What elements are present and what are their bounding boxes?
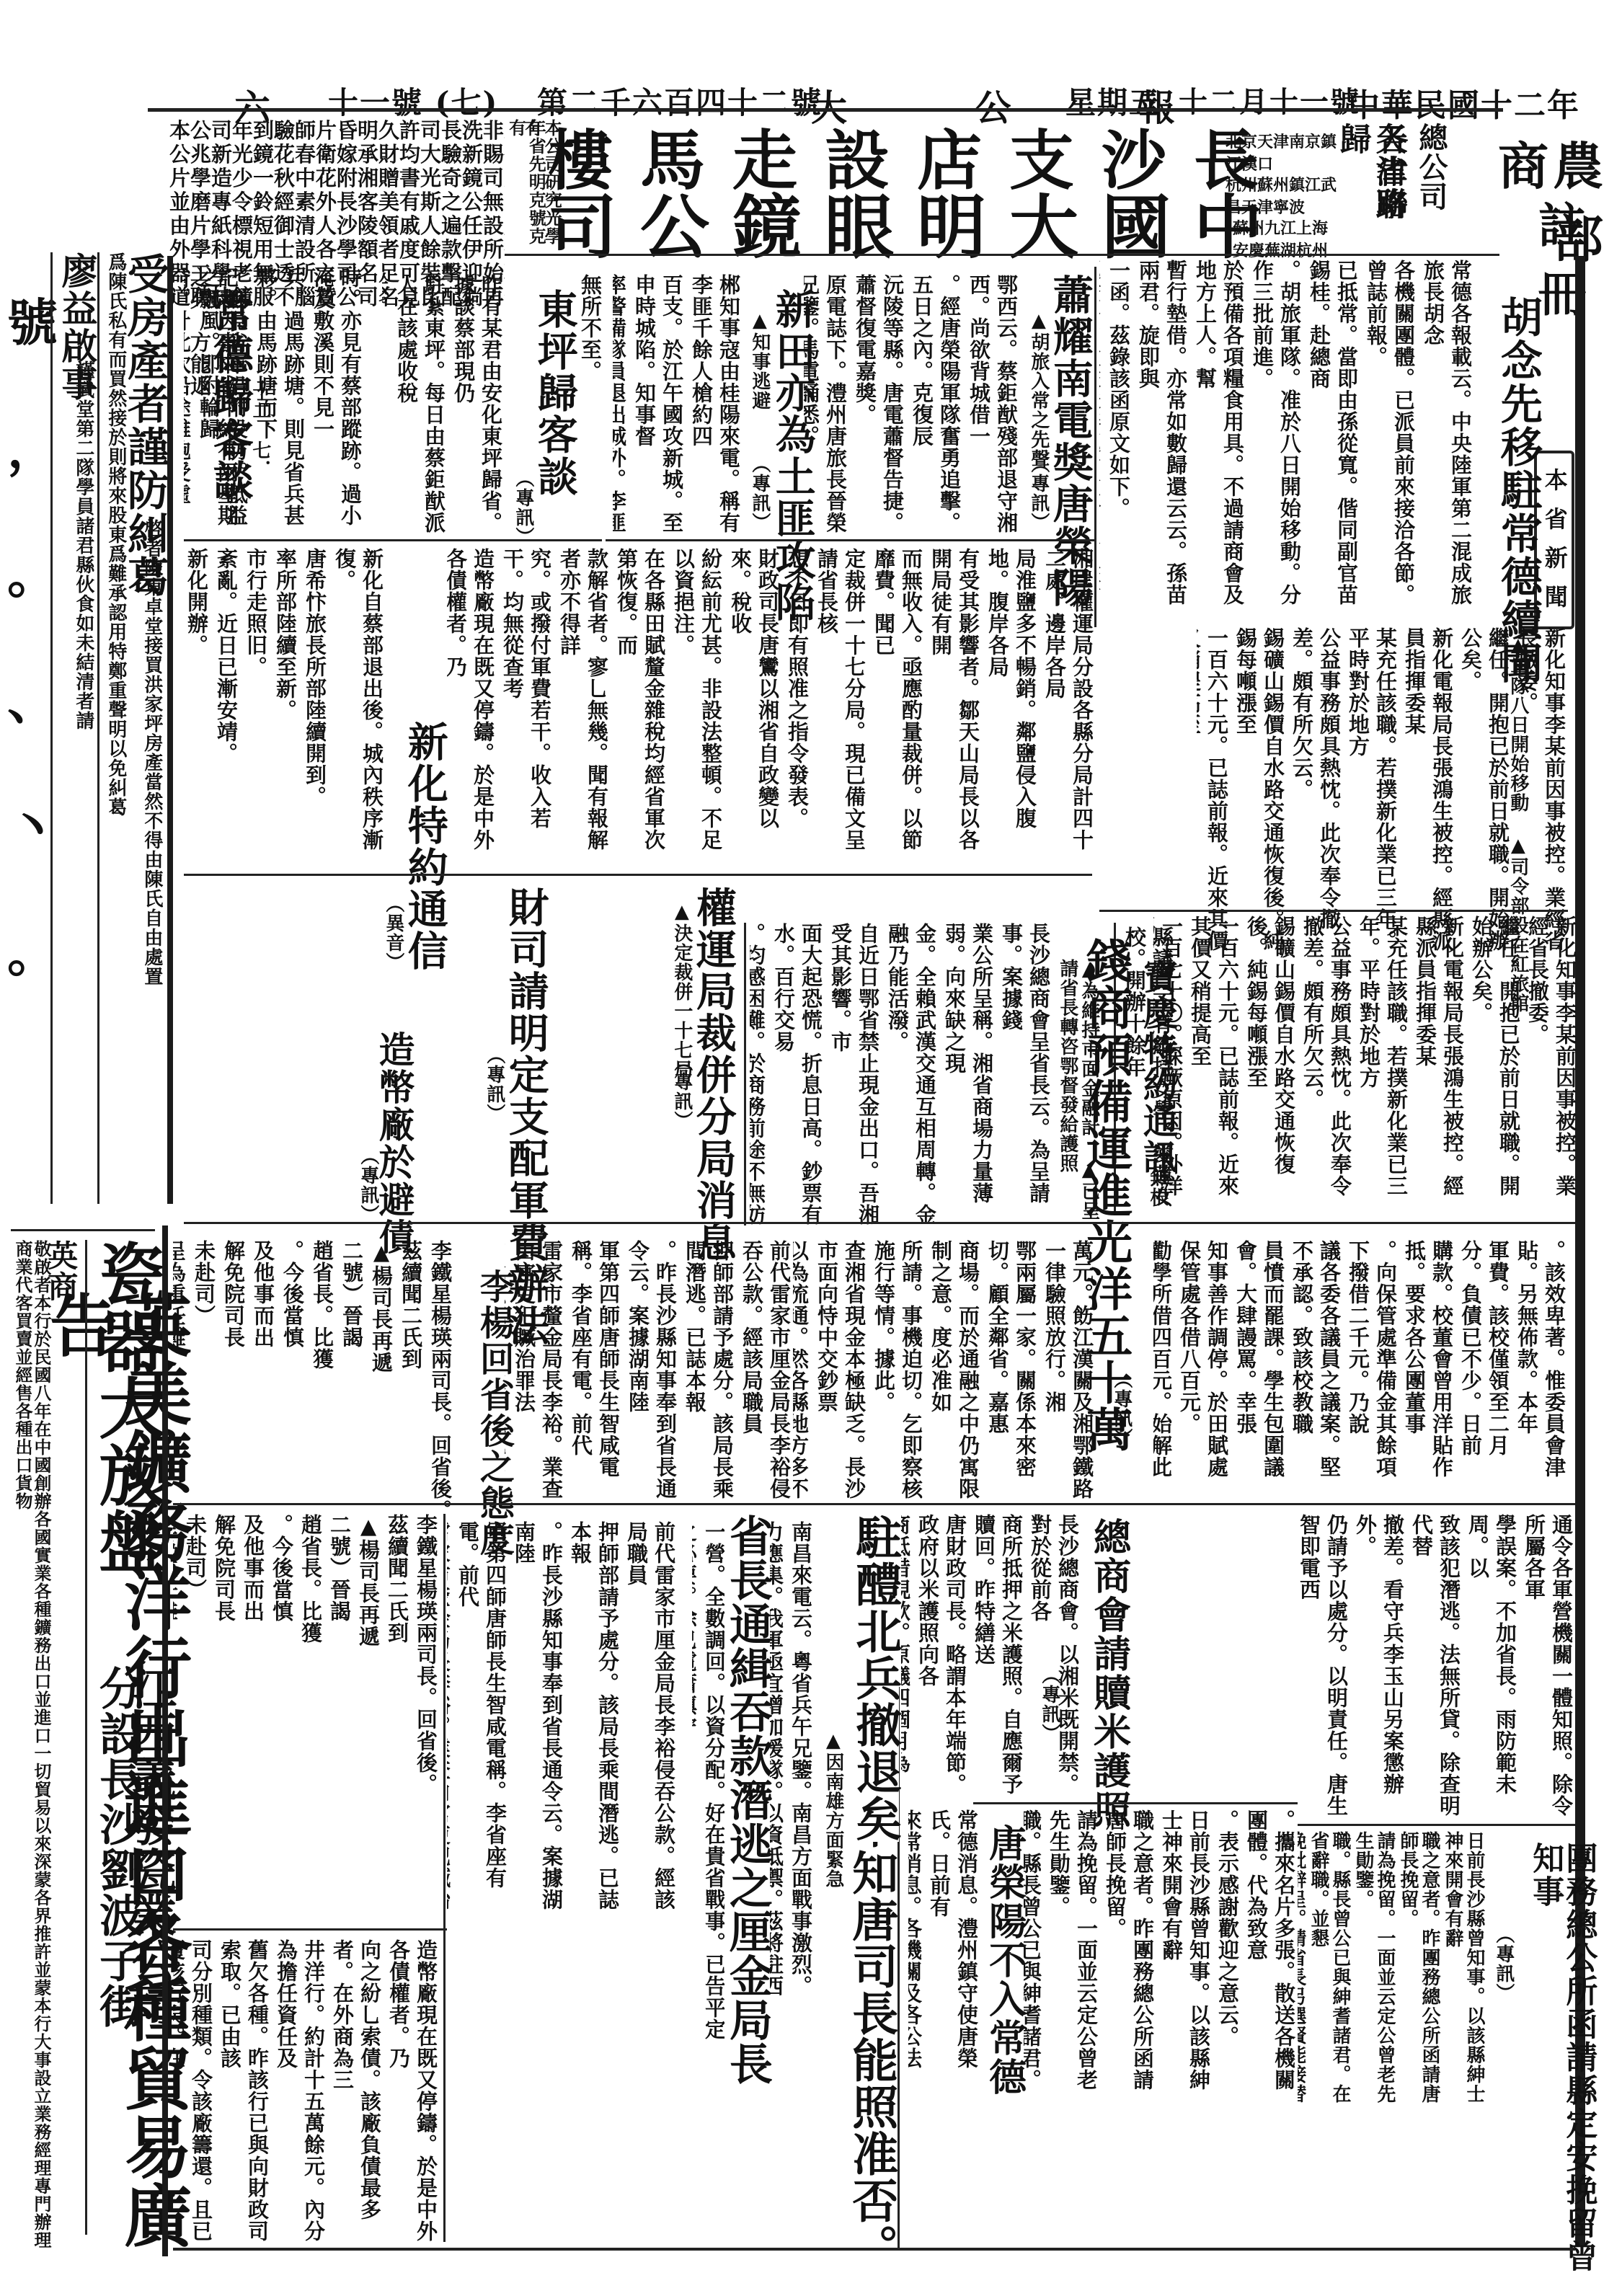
body-col: 日前長沙縣曾知事。以該縣紳士神來開會有辭 xyxy=(1158,1809,1213,2098)
body-col: 商場。而於通融之中仍寓限制之意。度必准如 xyxy=(927,1240,982,1499)
section-label: 本省新聞 xyxy=(1541,468,1568,624)
body-col: 金。全賴武漢交通互相周轉。金融乃能活潑。 xyxy=(884,923,939,1225)
body-col: 二號）晉謁 xyxy=(338,1240,365,1543)
section-rule xyxy=(184,874,1092,876)
banner-bottom-rule xyxy=(505,254,1499,256)
body-col: 司分別種類。令該廠籌還。且已覆該行矣。在 xyxy=(173,1939,215,2242)
body-col: 沅陵等縣。唐電蕭督告捷。蕭督復電嘉獎。 xyxy=(851,274,906,537)
section-rule xyxy=(1099,910,1568,912)
body-col: 云。 xyxy=(382,274,391,533)
body-col: 撤差。看守兵李玉山另案懲辦外。 xyxy=(1352,1514,1406,1817)
body-col: 商所抵押之米護照。自應爾予贖回。昨特繕送 xyxy=(970,1514,1025,1802)
tag-tuanwu: （專訊） xyxy=(1492,1925,1514,2003)
body-col: 請為挽留。一面並云定公曾老先生勛鑒。 xyxy=(1045,1809,1100,2098)
headline-zongshanghui: 總商會請贖米護照 xyxy=(1089,1517,1128,1829)
body-col: 新化知事李某前因事被控。業經省長撤委。 xyxy=(1513,627,1568,959)
body-col: 有受其影響者。鄒天山局長以各開局徒有開 xyxy=(927,548,982,865)
ad-liao-yi-text: 謹武堂第二隊學員諸君縣伙食如未結清者請 xyxy=(72,360,94,1197)
body-col: 兵。過馬跡塘。則見省兵甚夥。由馬跡塘而下 xyxy=(252,267,307,533)
headline-quanyun: 權運局裁併分局消息 xyxy=(692,887,735,1263)
body-col: 李鐵星楊瑛兩司長。回省後。 xyxy=(427,1240,454,1543)
body-col: 南昌來電云。粵省兵午兄鑒。南昌方面戰事激烈。 xyxy=(787,1521,815,2242)
body-col: 呈為重任難 xyxy=(173,1240,188,1543)
body-col: 軍第四師唐師長生智咸電稱。李省座有電。前代 xyxy=(454,1521,509,1925)
body-col: 各機關團體。已派員前來接洽各節。曾誌前報。 xyxy=(1362,260,1417,613)
section-rule xyxy=(184,1222,1575,1224)
section-rule xyxy=(173,1503,1575,1505)
section-rule xyxy=(973,1802,1298,1804)
body-col: 之必要。除已電蕭鎮守 xyxy=(692,1521,699,2242)
body-col: 唐財政司長。略謂本年端節。政府以米護照向各 xyxy=(914,1514,969,1802)
body-col: 某充任該職。若撲新化業已三年。平時對於地方 xyxy=(1344,627,1399,959)
notice-line: 外學科視用士設各學額者度餘款伊所替閣光六 xyxy=(169,238,505,262)
banner-line-2: 中國大明眼鏡公司 xyxy=(548,173,1286,272)
body-col: 員憤而罷課。學生包圍議會。大肆謾罵。幸張 xyxy=(1232,1240,1287,1485)
headline-zhuli-main: 駐醴北兵撤退矣 xyxy=(851,1514,899,1842)
body-col: 想不日即有照准之指令發表。 xyxy=(784,548,811,865)
body-col: 茲續聞二氏到 xyxy=(384,1514,411,1925)
headline-tang-rongyang: 唐榮陽不入常德 xyxy=(984,1824,1024,2096)
body-col: 。經唐榮陽軍隊奮勇追擊。五日之內。克復辰 xyxy=(908,274,963,537)
column-divider xyxy=(167,256,173,1204)
body-col: 呈為重任難 xyxy=(173,1514,180,1925)
body-col: 財政司長唐鸞以湘省自政變以來。稅收 xyxy=(727,548,781,865)
subhead-zhuli: ▲因南雄方面緊急 xyxy=(822,1730,843,1889)
body-col: 。今後當慎 xyxy=(268,1514,296,1925)
article-body-li-yang: 前代雷家市厘金局長李裕侵吞公款。經該局職員 押師部請予處分。該局長乘間潛逃。已誌… xyxy=(447,1521,678,1925)
body-col: 軍第四師唐師長生智咸電稱。李省座有電。前代 xyxy=(567,1240,622,1499)
body-col: ▲楊司長再遞 xyxy=(368,1240,395,1543)
body-col: 舊欠各種。昨該行已與向財政司索取。已由該 xyxy=(216,1939,271,2242)
body-col: 而無收入。亟應酌量裁併。以節靡費。聞已 xyxy=(870,548,925,865)
notice-line: 本公司年到驗師片昏明久許司長洗非至之豪本月酬特五併 xyxy=(169,119,505,143)
body-col: 長沙總商會。以湘米既開禁。對於從前各 xyxy=(1027,1514,1081,1802)
tag-xiao-yaonan: （專訊） xyxy=(1027,454,1049,532)
body-col: 職。縣長曾公已與紳耆諸君。在省辭職。並懇 xyxy=(1024,1809,1044,2098)
body-col: 請為挽留。一面並云定公曾老先生勛鑒。 xyxy=(1352,1831,1396,2105)
body-col: 錫礦山錫價自水路交通恢復後。純錫每噸漲至 xyxy=(1232,627,1287,959)
body-col: 萬元。飭江漢關及湘鄂鐵路一律驗照放行。湘 xyxy=(1041,1240,1096,1499)
body-col: 雷家市釐金局長李裕。業查由官吏犯贓治罪法 xyxy=(447,1521,453,1925)
article-body-li-yang-2: 李鐵星楊瑛兩司長。回省後。 茲續聞二氏到 ▲楊司長再遞 二號）晉謁 趙省長。比獲… xyxy=(173,1514,440,1925)
article-body-junfa: 通令各軍營機關一體知照。除令所屬各軍 學誤案。不加省長。雨防範未周。以 致該犯潛… xyxy=(1298,1514,1575,1817)
ad-shou-fang-text-1: 爲陳氏私有而買然接於則將來股東爲難承認用特鄭重聲明以免糾葛 xyxy=(105,252,126,1189)
reg-col: 天津路 xyxy=(1370,123,1406,220)
body-col: 押師部請予處分。該局長乘間潛逃。已誌本報 xyxy=(681,1240,736,1499)
tag-xinhua-tongxin: （異音） xyxy=(382,894,404,972)
tag-dongping: （專訊） xyxy=(512,469,533,546)
section-rule xyxy=(184,539,602,541)
article-body-dongping: 昨有某君由安化東坪歸省。據談蔡部現仍 駐紮東坪。每日由蔡鉅猷派人在該處收稅 云。 xyxy=(382,274,505,533)
body-col: 記者因事來省。約有兩星期之久。方能返 xyxy=(186,267,241,533)
notice-line: 片學造少一秋中花附湘贈書光奇鏡司照思折期朔 xyxy=(169,167,505,190)
article-body-xintian: 郴知事寇由桂陽來電。稱有李匪千餘人槍約四 百支。於江午國攻新城。至申時城陷。知事… xyxy=(613,274,743,537)
body-col: 紛紜前尤甚。非設法整頓。不足以資挹注。 xyxy=(670,548,724,865)
left-rule xyxy=(50,252,53,1204)
body-col: 商抵借現款。原議四個月為限。現在逾限已久 xyxy=(901,1514,913,1802)
body-col: 率警備隊員退出城外。李匪入城後。燒殺擄掠 xyxy=(613,274,629,537)
body-col: 購款。校董會曾用洋貼作抵。要求各公團董事 xyxy=(1401,1240,1455,1485)
body-col: 茲續聞二氏到 xyxy=(397,1240,425,1543)
masthead-page-info: 十一號 (七) xyxy=(328,79,498,123)
article-body-qianshang: 長沙總商會呈省長云。為呈請事。案據錢 業公所呈稱。湘省商場力量薄弱。向來缺之現 … xyxy=(750,923,1052,1225)
body-col: 。今後當慎 xyxy=(279,1240,306,1543)
article-body-xinhua-continued: 湘岸權運局分設各縣分局計四十二處。邊岸各局 局淮鹽多不暢銷。鄰鹽侵入腹地。腹岸各… xyxy=(447,548,1096,865)
body-col: 面大起恐慌。折息日高。鈔票有水。百行交易 xyxy=(770,923,825,1225)
article-body-xinhua-zhishi-2: 新化知事李某前因事被控。業經省長撤委。 繼任。開抱已於前日就職。開始辦公矣。 新… xyxy=(1153,916,1579,1204)
body-col: 新化電報局長張鴻生被控。經縣派員指揮委某 xyxy=(1412,916,1466,1204)
column-divider xyxy=(744,923,746,1225)
body-col: 。胡旅軍隊。准於八日開始移動。分作三批前進。 xyxy=(1249,260,1303,613)
body-col: 。昨長沙縣知事奉到省長通令云。案據湖南陸 xyxy=(624,1240,679,1499)
article-body-xinhua-tongxin: 新化自蔡部退出後。城內秩序漸復。 唐希忭旅長所部陸續開到。 率所部陸續至新。 市… xyxy=(184,548,386,879)
body-col: 湘岸權運局分設各縣分局計四十二處。邊岸各局 xyxy=(1041,548,1096,865)
article-body-shengzhang: 李鐵星楊瑛兩司長。回省後。 茲續聞二氏到 ▲楊司長再遞 二號）晉謁 趙省長。比獲… xyxy=(173,1240,454,1543)
body-col: 解免院司長 xyxy=(210,1514,238,1925)
body-col: 向之紛乚索債。該廠負債最多者。在外商為三 xyxy=(329,1939,384,2242)
body-col: 。攜來名片多張。散送各機關團體。代為致意 xyxy=(1243,1809,1298,2098)
body-col: 局淮鹽多不暢銷。鄰鹽侵入腹地。腹岸各局 xyxy=(984,548,1039,865)
subhead-xiao-yaonan: ▲胡旅入常之先聲 xyxy=(1027,310,1049,469)
ad-ciqi-title: 瓷器大放盤 xyxy=(90,1240,163,1575)
article-body-tang-rongyang-2: 。攜來名片多張。散送各機關團體。代為致意 。表示感謝歡迎之意云。 日前長沙縣曾知… xyxy=(1024,1809,1298,2098)
body-col: 已抵常。當即由孫從寬。偕同副官苗錫桂。赴總商 xyxy=(1306,260,1360,613)
article-body-li-yang-3: 造幣廠現在既又停鑄。於是中外各債權者。乃 向之紛乚索債。該廠負債最多者。在外商為… xyxy=(173,1939,440,2242)
article-body-baozheng: 。該效卑著。惟委員會津貼。另無佈款。本年 軍費。該校僅領至二月分。負債已不少。日… xyxy=(1153,1240,1568,1485)
headline-li-yang-main: 省長通緝吞款潛逃之厘金局長 xyxy=(724,1514,770,2086)
body-col: 錫礦山錫價自水路交通恢復後。純錫每噸漲至 xyxy=(1243,916,1298,1204)
tag-quanyun: （專訊） xyxy=(670,1052,692,1130)
subhead-qianshang: ▲為維持市面金融計 ▲已呈請省長轉咨鄂督發給護照 xyxy=(1056,959,1099,1225)
article-body-tang-rongyang: 常德消息。澧州鎮守使唐榮氏。日前有 來常消息。各機關及各公法團。準備歡迎。詎 迄… xyxy=(908,1809,980,2098)
notice-line: 並磨專令鈴經素外長客美有斯之公無開確之扣以還 xyxy=(169,190,505,214)
column-divider xyxy=(162,1225,168,2256)
body-col: 一百六十元。已誌前報。近來其價又稍提高至 xyxy=(1187,916,1241,1204)
tag-zaobi: （專訊） xyxy=(357,1146,378,1224)
body-col: 造幣廠現在既又停鑄。於是中外各債權者。乃 xyxy=(385,1939,440,2242)
body-col: 。向保管處準備金其餘項下撥借二千元。乃說 xyxy=(1344,1240,1399,1485)
registration-block: 北京天津南京鎮江漢口 杭州蘇州鎮江武昌天津寧波 蘇州九江上海安慶蕪湖杭州 各省聯… xyxy=(1226,115,1608,245)
body-col: 長沙總商會呈省長云。為呈請事。案據錢 xyxy=(998,923,1052,1225)
body-col: 及他事而出 xyxy=(239,1514,267,1925)
body-col: 職之意者。昨團務總公所函請唐師長挽留。 xyxy=(1397,1831,1440,2105)
body-col: 趙省長。比獲 xyxy=(297,1514,324,1925)
body-col: 公益事務頗具熱忱。此次奉令撤差。頗有所欠云。 xyxy=(1288,627,1343,959)
article-body-hu-nianxian: 常德各報載云。中央陸軍第二混成旅旅長胡念 各機關團體。已派員前來接洽各節。曾誌前… xyxy=(1099,260,1474,613)
body-col: 未赴司） xyxy=(190,1240,218,1543)
body-col: 勸學所借四百元。始解此糾紛云。 xyxy=(1153,1240,1174,1485)
body-col: 市行走照旧。 xyxy=(242,548,270,879)
ad-divider xyxy=(97,252,99,1204)
body-col: 李鐵星楊瑛兩司長。回省後。 xyxy=(412,1514,440,1925)
body-col: 款解省者。寥乚無幾。聞有報解者亦不得詳 xyxy=(556,548,611,865)
article-body-zongshanghui: 長沙總商會。以湘米既開禁。對於從前各 商所抵押之米護照。自應爾予贖回。昨特繕送 … xyxy=(901,1514,1081,1802)
body-col: 。昨長沙縣知事奉到省長通令云。案據湖南陸 xyxy=(510,1521,565,1925)
body-col: 某充任該職。若撲新化業已三年。平時對於地方 xyxy=(1355,916,1410,1204)
body-col: 二號）晉謁 xyxy=(326,1514,353,1925)
body-col: 新化自蔡部退出後。城內秩序漸復。 xyxy=(331,548,386,879)
article-body-tuanwu: 日前長沙縣曾知事。以該縣紳士神來開會有辭 職之意者。昨團務總公所函請唐師長挽留。… xyxy=(1298,1831,1485,2105)
body-col: 自近日鄂省禁止現金出口。吾湘受其影響。市 xyxy=(827,923,882,1225)
body-col: 挽批辭呈。請省長另選賢能接替等語。敢再 xyxy=(1298,1831,1306,2105)
body-col: 井洋行。約計十五萬餘元。內分為擔任資任及 xyxy=(272,1939,327,2242)
body-col: 率所部陸續至新。 xyxy=(272,548,299,879)
body-col: 通令各軍營機關一體知照。除令所屬各軍 xyxy=(1520,1514,1575,1817)
body-col: 繼任。開抱已於前日就職。開始辦公矣。 xyxy=(1468,916,1523,1204)
body-col: 軍費。該校僅領至二月分。負債已不少。日前 xyxy=(1457,1240,1512,1485)
body-col: 查湘省現金本極缺乏。長沙市面向恃中交鈔票 xyxy=(813,1240,868,1499)
body-col: 造幣廠現在既又停鑄。於是中外各債權者。乃 xyxy=(447,548,497,865)
body-col: 及他事而出 xyxy=(249,1240,277,1543)
ad-divider xyxy=(85,1240,87,2235)
ad-top-rule xyxy=(11,1229,155,1231)
body-col: 仍請予以處分。以明責任。唐生智即電西 xyxy=(1298,1514,1350,1817)
headline-dongping: 東坪歸客談 xyxy=(533,288,576,497)
body-col: 新化知事李某前因事被控。業經省長撤委。 xyxy=(1524,916,1579,1204)
tag-qianshang: （專訊） xyxy=(1110,1370,1132,1448)
body-col: 於預備各項糧食用具。不過請商會及地方上人。幫 xyxy=(1192,260,1246,613)
page-bottom-rule xyxy=(173,2248,1575,2251)
headline-xinhua-tongxin: 新化特約通信 xyxy=(404,721,446,972)
branches-row-2: 杭州蘇州鎮江武昌天津寧波 xyxy=(1226,173,1341,218)
notice-line: 公兆新光鏡花春衛嫁承財均大驗新賜公內谷將易驚 xyxy=(169,143,505,167)
body-col: ▲楊司長再遞 xyxy=(355,1514,382,1925)
body-col: 公益事務頗具熱忱。此次奉令撤差。頗有所欠云。 xyxy=(1299,916,1354,1204)
body-col: 一函。茲錄該函原文如下。 xyxy=(1105,260,1133,613)
body-col: 在各縣田賦釐金雜稅均經省軍次第恢復。而 xyxy=(613,548,668,865)
body-col: 紊亂。近日已漸安靖。 xyxy=(213,548,240,879)
body-col: 暫行墊借。亦常如數歸還云云。孫苗兩君。旋即與 xyxy=(1135,260,1189,613)
reg-col: 總公司 xyxy=(1414,123,1448,211)
body-col: 職。縣長曾公已與紳耆諸君。在省辭職。並懇 xyxy=(1308,1831,1351,2105)
body-col: 前代雷家市厘金局長李裕侵吞公款。經該局職員 xyxy=(623,1521,678,1925)
body-col: 。表示感謝歡迎之意云。 xyxy=(1214,1809,1241,2098)
body-col: 雷家市釐金局長李裕。業查由官吏犯贓治罪法 xyxy=(510,1240,565,1499)
body-col: 一百六十元。已誌前報。近來其價又稍提高至 xyxy=(1197,627,1231,959)
body-col: 百支。於江午國攻新城。至申時城陷。知事督 xyxy=(631,274,686,537)
body-col: 鄂西云。蔡鉅猷殘部退守湘西。尚欲背城借一 xyxy=(965,274,1020,537)
headline-hu-nianxian: 胡念先移駐常德續聞 xyxy=(1496,296,1540,685)
body-col: 業公所呈稱。湘省商場力量薄弱。向來缺之現 xyxy=(941,923,996,1225)
body-col: 學誤案。不加省長。雨防範未周。以 xyxy=(1464,1514,1519,1817)
body-col: 無所不至。 xyxy=(577,274,604,533)
ad-shou-fang-text-2: 啓者陳東卓堂接買洪家坪房產當然不得由陳氏自由處置 xyxy=(141,519,162,1204)
subhead-xintian: ▲知事逃避 xyxy=(748,310,770,410)
body-col: 趙省長。比獲 xyxy=(309,1240,336,1543)
section-rule xyxy=(1298,1824,1575,1826)
body-col: 究。或撥付軍費若干。收入若干。均無從查考 xyxy=(499,548,554,865)
body-col: 解免院司長 xyxy=(220,1240,247,1543)
body-col: 押師部請予處分。該局長乘間潛逃。已誌本報 xyxy=(567,1521,621,1925)
body-col: 未赴司） xyxy=(182,1514,209,1925)
body-col: 巡按署。啟旅迭奉巡帥電令。開駐常德。茲擬自十二 xyxy=(1099,260,1103,613)
body-col: 駐紮東坪。每日由蔡鉅猷派人在該處收稅 xyxy=(393,274,448,533)
notice-line: 由片紙標短御清人沙陵領戚人遍任設八諸期容無 xyxy=(169,214,505,238)
body-col: 新化電報局長張鴻生被控。經縣派員指揮委某 xyxy=(1401,627,1455,959)
branches-row-1: 北京天津南京鎮江漢口 xyxy=(1226,130,1341,174)
body-col: 唐希忭旅長所部陸續開到。 xyxy=(301,548,329,879)
ad-ciqi-branch-2: 分設長沙劉波子街 xyxy=(90,1665,146,2029)
headline-shengzhang: 李楊回省後之態度 xyxy=(476,1269,512,1557)
article-body-xinhua-zhishi: 新化知事李某前因事被控。業經省長撤委。 繼任。開抱已於前日就職。開始辦公矣。 新… xyxy=(1197,627,1568,959)
body-col: 致該犯潛逃。法無所貸。除查明代替 xyxy=(1408,1514,1463,1817)
body-col: 新化開辦。 xyxy=(184,548,210,879)
column-divider xyxy=(443,1514,446,2242)
body-col: 以為流通。然各縣地方多不用中交票幣。近日 xyxy=(793,1240,811,1499)
body-col: 所請。事機迫切。乞即察核施行等情。據此。 xyxy=(870,1240,925,1499)
body-col: 前代雷家市厘金局長李裕侵吞公款。經該局職員 xyxy=(738,1240,793,1499)
body-col: 郴知事寇由桂陽來電。稱有李匪千餘人槍約四 xyxy=(688,274,743,537)
body-col: 昨有某君由安化東坪歸省。據談蔡部現仍 xyxy=(450,274,505,533)
body-col: 日前長沙縣曾知事。以該縣紳士神來開會有辭 xyxy=(1442,1831,1485,2105)
body-col: 時。亦見有蔡部蹤跡。過小淹及敷溪則不見一 xyxy=(309,267,364,533)
body-col: 來常消息。各機關及各公法團。準備歡迎。詎 xyxy=(908,1809,924,2098)
article-body-xiao-yaonan: 鄂西云。蔡鉅猷殘部退守湘西。尚欲背城借一 。經唐榮陽軍隊奮勇追擊。五日之內。克復… xyxy=(804,274,1020,537)
left-big-marks: 號 ， 。 、 丶 。 xyxy=(7,260,43,1204)
body-col: 職之意者。昨團務總公所函請唐師長挽留。 xyxy=(1102,1809,1156,2098)
section-rule xyxy=(173,1928,447,1931)
section-rule xyxy=(606,539,1096,541)
tag-xintian: （專訊） xyxy=(748,454,770,532)
body-col: 。該效卑著。惟委員會津貼。另無佈款。本年 xyxy=(1513,1240,1568,1485)
body-col: 。均感困難。於商務前途不無妨害。蓋現金為 xyxy=(750,923,768,1225)
body-col: 常德消息。澧州鎮守使唐榮氏。日前有 xyxy=(926,1809,980,2098)
body-col: 知事善作調停。於田賦處保管處各借八百元。 xyxy=(1176,1240,1231,1485)
headline-tuanwu: 團務總公所函請縣定安挽留曾知事 xyxy=(1528,1842,1595,2296)
body-col: 議各委各議員之議案。堅不承認。致該校教職 xyxy=(1288,1240,1343,1485)
body-col: 常德各報載云。中央陸軍第二混成旅旅長胡念 xyxy=(1419,260,1474,613)
body-col: 鄂兩屬一家。關係本來密切。顧全鄰省。嘉惠 xyxy=(984,1240,1039,1499)
article-body-qianshang-2: 萬元。飭江漢關及湘鄂鐵路一律驗照放行。湘 鄂兩屬一家。關係本來密切。顧全鄰省。嘉… xyxy=(793,1240,1096,1499)
tag-caisi: （專訊） xyxy=(483,1045,505,1123)
body-col: 定裁併一十七分局。現已備文呈請省長核 xyxy=(813,548,868,865)
body-col: 繼任。開抱已於前日就職。開始辦公矣。 xyxy=(1457,627,1512,959)
article-body-zaobi: 前代雷家市厘金局長李裕侵吞公款。經該局職員 押師部請予處分。該局長乘間潛逃。已誌… xyxy=(505,1240,793,1499)
